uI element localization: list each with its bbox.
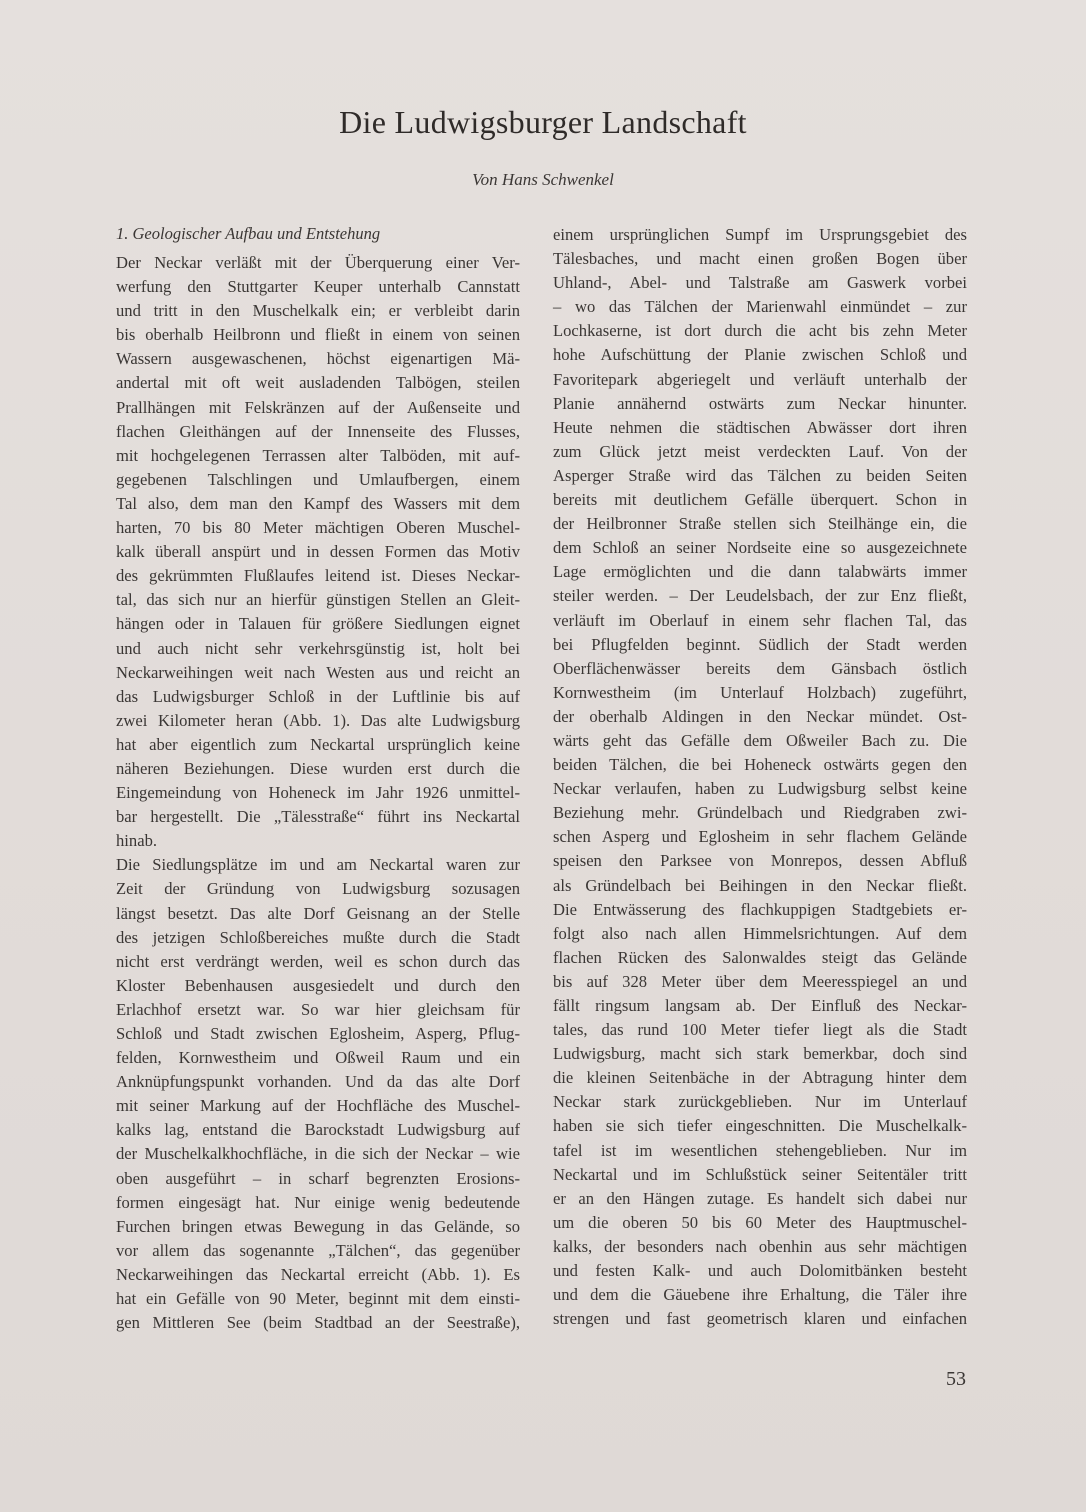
text-line: Kornwestheim (im Unterlauf Holzbach) zug…	[553, 681, 967, 705]
text-line: zum Glück jetzt meist verdeckten Lauf. V…	[553, 440, 967, 464]
text-line: Lochkaserne, ist dort durch die acht bis…	[553, 319, 967, 343]
right-text-column: einem ursprünglichen Sumpf im Ursprungsg…	[553, 222, 967, 1331]
section-heading: 1. Geologischer Aufbau und Entstehung	[116, 222, 520, 246]
text-line: bis oberhalb Heilbronn und fließt in ein…	[116, 323, 520, 347]
text-line: der Heilbronner Straße stellen sich Stei…	[553, 512, 967, 536]
text-line: Ludwigsburg, macht sich stark bemerkbar,…	[553, 1042, 967, 1066]
text-line: Die Entwässerung des flachkuppigen Stadt…	[553, 898, 967, 922]
text-line: Neckarweihingen weit nach Westen aus und…	[116, 661, 520, 685]
text-line: die kleinen Seitenbäche in der Abtragung…	[553, 1066, 967, 1090]
text-line: folgt also nach allen Himmelsrichtungen.…	[553, 922, 967, 946]
text-line: Lage ermöglichten und die dann talabwärt…	[553, 560, 967, 584]
text-line: flachen Rücken des Salonwaldes steigt da…	[553, 946, 967, 970]
text-line: und tritt in den Muschelkalk ein; er ver…	[116, 299, 520, 323]
text-line: mit hochgelegenen Terrassen alter Talböd…	[116, 444, 520, 468]
text-line: Furchen bringen etwas Bewegung in das Ge…	[116, 1215, 520, 1239]
text-line: steiler werden. – Der Leudelsbach, der z…	[553, 584, 967, 608]
text-line: Tal also, dem man den Kampf des Wassers …	[116, 492, 520, 516]
text-line: einem ursprünglichen Sumpf im Ursprungsg…	[553, 223, 967, 247]
text-line: das Ludwigsburger Schloß in der Luftlini…	[116, 685, 520, 709]
text-line: tal, das sich nur an hierfür günstigen S…	[116, 588, 520, 612]
text-line: längst besetzt. Das alte Dorf Geisnang a…	[116, 902, 520, 926]
text-line: bereits mit deutlichem Gefälle überquert…	[553, 488, 967, 512]
text-line: bei Pflugfelden beginnt. Südlich der Sta…	[553, 633, 967, 657]
text-line: um die oberen 50 bis 60 Meter des Hauptm…	[553, 1211, 967, 1235]
text-line: er an den Hängen zutage. Es handelt sich…	[553, 1187, 967, 1211]
text-line: Anknüpfungspunkt vorhanden. Und da das a…	[116, 1070, 520, 1094]
page-number: 53	[940, 1368, 966, 1391]
text-line: andertal mit oft weit ausladenden Talbög…	[116, 371, 520, 395]
text-line: bis auf 328 Meter über dem Meeresspiegel…	[553, 970, 967, 994]
text-line: hat ein Gefälle von 90 Meter, beginnt mi…	[116, 1287, 520, 1311]
text-line: Eingemeindung von Hoheneck im Jahr 1926 …	[116, 781, 520, 805]
text-line: des jetzigen Schloßbereiches mußte durch…	[116, 926, 520, 950]
text-line: hat aber eigentlich zum Neckartal ursprü…	[116, 733, 520, 757]
text-line: dem Schloß an seiner Nordseite eine so a…	[553, 536, 967, 560]
text-line: Planie annähernd ostwärts zum Neckar hin…	[553, 392, 967, 416]
text-line: Die Siedlungsplätze im und am Neckartal …	[116, 853, 520, 877]
text-line: kalk überall anspürt und in dessen Forme…	[116, 540, 520, 564]
text-line: – wo das Tälchen der Marienwahl einmünde…	[553, 295, 967, 319]
text-line: Uhland-, Abel- und Talstraße am Gaswerk …	[553, 271, 967, 295]
text-line: bar hergestellt. Die „Tälesstraße“ führt…	[116, 805, 520, 829]
text-line: felden, Kornwestheim und Oßweil Raum und…	[116, 1046, 520, 1070]
text-line: Heute nehmen die städtischen Abwässer do…	[553, 416, 967, 440]
article-title: Die Ludwigsburger Landschaft	[0, 104, 1086, 141]
text-line: Neckartal und im Schlußstück seiner Seit…	[553, 1163, 967, 1187]
text-line: der oberhalb Aldingen in den Neckar münd…	[553, 705, 967, 729]
text-line: Favoritepark abgeriegelt und verläuft un…	[553, 368, 967, 392]
text-line: Neckar verlaufen, haben zu Ludwigsburg s…	[553, 777, 967, 801]
text-line: fällt ringsum langsam ab. Der Einfluß de…	[553, 994, 967, 1018]
text-line: Kloster Bebenhausen ausgesiedelt und dur…	[116, 974, 520, 998]
text-line: zwei Kilometer heran (Abb. 1). Das alte …	[116, 709, 520, 733]
left-column-body: Der Neckar verläßt mit der Überquerung e…	[116, 251, 520, 1335]
text-line: der Muschelkalkhochfläche, in die sich d…	[116, 1142, 520, 1166]
text-line: harten, 70 bis 80 Meter mächtigen Oberen…	[116, 516, 520, 540]
text-line: Zeit der Gründung von Ludwigsburg sozusa…	[116, 877, 520, 901]
text-line: kalks, der besonders nach obenhin aus se…	[553, 1235, 967, 1259]
text-line: tales, das rund 100 Meter tiefer liegt a…	[553, 1018, 967, 1042]
text-line: als Gründelbach bei Beihingen in den Nec…	[553, 874, 967, 898]
right-column-body: einem ursprünglichen Sumpf im Ursprungsg…	[553, 223, 967, 1331]
text-line: und dem die Gäuebene ihre Erhaltung, die…	[553, 1283, 967, 1307]
text-line: haben sie sich tiefer eingeschnitten. Di…	[553, 1114, 967, 1138]
text-line: werfung den Stuttgarter Keuper unterhalb…	[116, 275, 520, 299]
text-line: hohe Aufschüttung der Planie zwischen Sc…	[553, 343, 967, 367]
text-line: Beziehung mehr. Gründelbach und Riedgrab…	[553, 801, 967, 825]
text-line: tafel ist im wesentlichen stehengebliebe…	[553, 1139, 967, 1163]
text-line: wärts geht das Gefälle dem Oßweiler Bach…	[553, 729, 967, 753]
text-line: strengen und fast geometrisch klaren und…	[553, 1307, 967, 1331]
text-line: Der Neckar verläßt mit der Überquerung e…	[116, 251, 520, 275]
text-line: gen Mittleren See (beim Stadtbad an der …	[116, 1311, 520, 1335]
text-line: näheren Beziehungen. Diese wurden erst d…	[116, 757, 520, 781]
text-line: hinab.	[116, 829, 520, 853]
text-line: des gekrümmten Flußlaufes leitend ist. D…	[116, 564, 520, 588]
text-line: Asperger Straße wird das Tälchen zu beid…	[553, 464, 967, 488]
text-line: Prallhängen mit Felskränzen auf der Auße…	[116, 396, 520, 420]
text-line: kalks lag, entstand die Barockstadt Ludw…	[116, 1118, 520, 1142]
text-line: mit seiner Markung auf der Hochfläche de…	[116, 1094, 520, 1118]
left-text-column: 1. Geologischer Aufbau und Entstehung De…	[116, 222, 520, 1335]
text-line: Neckar stark zurückgeblieben. Nur im Unt…	[553, 1090, 967, 1114]
text-line: Wassern ausgewaschenen, höchst eigenarti…	[116, 347, 520, 371]
text-line: Schloß und Stadt zwischen Eglosheim, Asp…	[116, 1022, 520, 1046]
text-line: und festen Kalk- und auch Dolomitbänken …	[553, 1259, 967, 1283]
text-line: hängen oder in Talauen für größere Siedl…	[116, 612, 520, 636]
text-line: nicht erst verdrängt werden, weil es sch…	[116, 950, 520, 974]
text-line: Erlachhof ersetzt war. So war hier gleic…	[116, 998, 520, 1022]
text-line: Oberflächenwässer bereits dem Gänsbach ö…	[553, 657, 967, 681]
text-line: flachen Gleithängen auf der Innenseite d…	[116, 420, 520, 444]
text-line: formen eingesägt hat. Nur einige wenig b…	[116, 1191, 520, 1215]
text-line: gegebenen Talschlingen und Umlaufbergen,…	[116, 468, 520, 492]
text-line: schen Asperg und Eglosheim in sehr flach…	[553, 825, 967, 849]
text-line: und auch nicht sehr verkehrsgünstig ist,…	[116, 637, 520, 661]
text-line: vor allem das sogenannte „Tälchen“, das …	[116, 1239, 520, 1263]
text-line: Tälesbaches, und macht einen großen Boge…	[553, 247, 967, 271]
text-line: beiden Tälchen, die bei Hoheneck ostwärt…	[553, 753, 967, 777]
text-line: speisen den Parksee von Monrepos, dessen…	[553, 849, 967, 873]
text-line: oben ausgeführt – in scharf begrenzten E…	[116, 1167, 520, 1191]
author-byline: Von Hans Schwenkel	[0, 170, 1086, 190]
text-line: verläuft im Oberlauf in einem sehr flach…	[553, 609, 967, 633]
text-line: Neckarweihingen das Neckartal erreicht (…	[116, 1263, 520, 1287]
document-page: Die Ludwigsburger Landschaft Von Hans Sc…	[0, 0, 1086, 1512]
